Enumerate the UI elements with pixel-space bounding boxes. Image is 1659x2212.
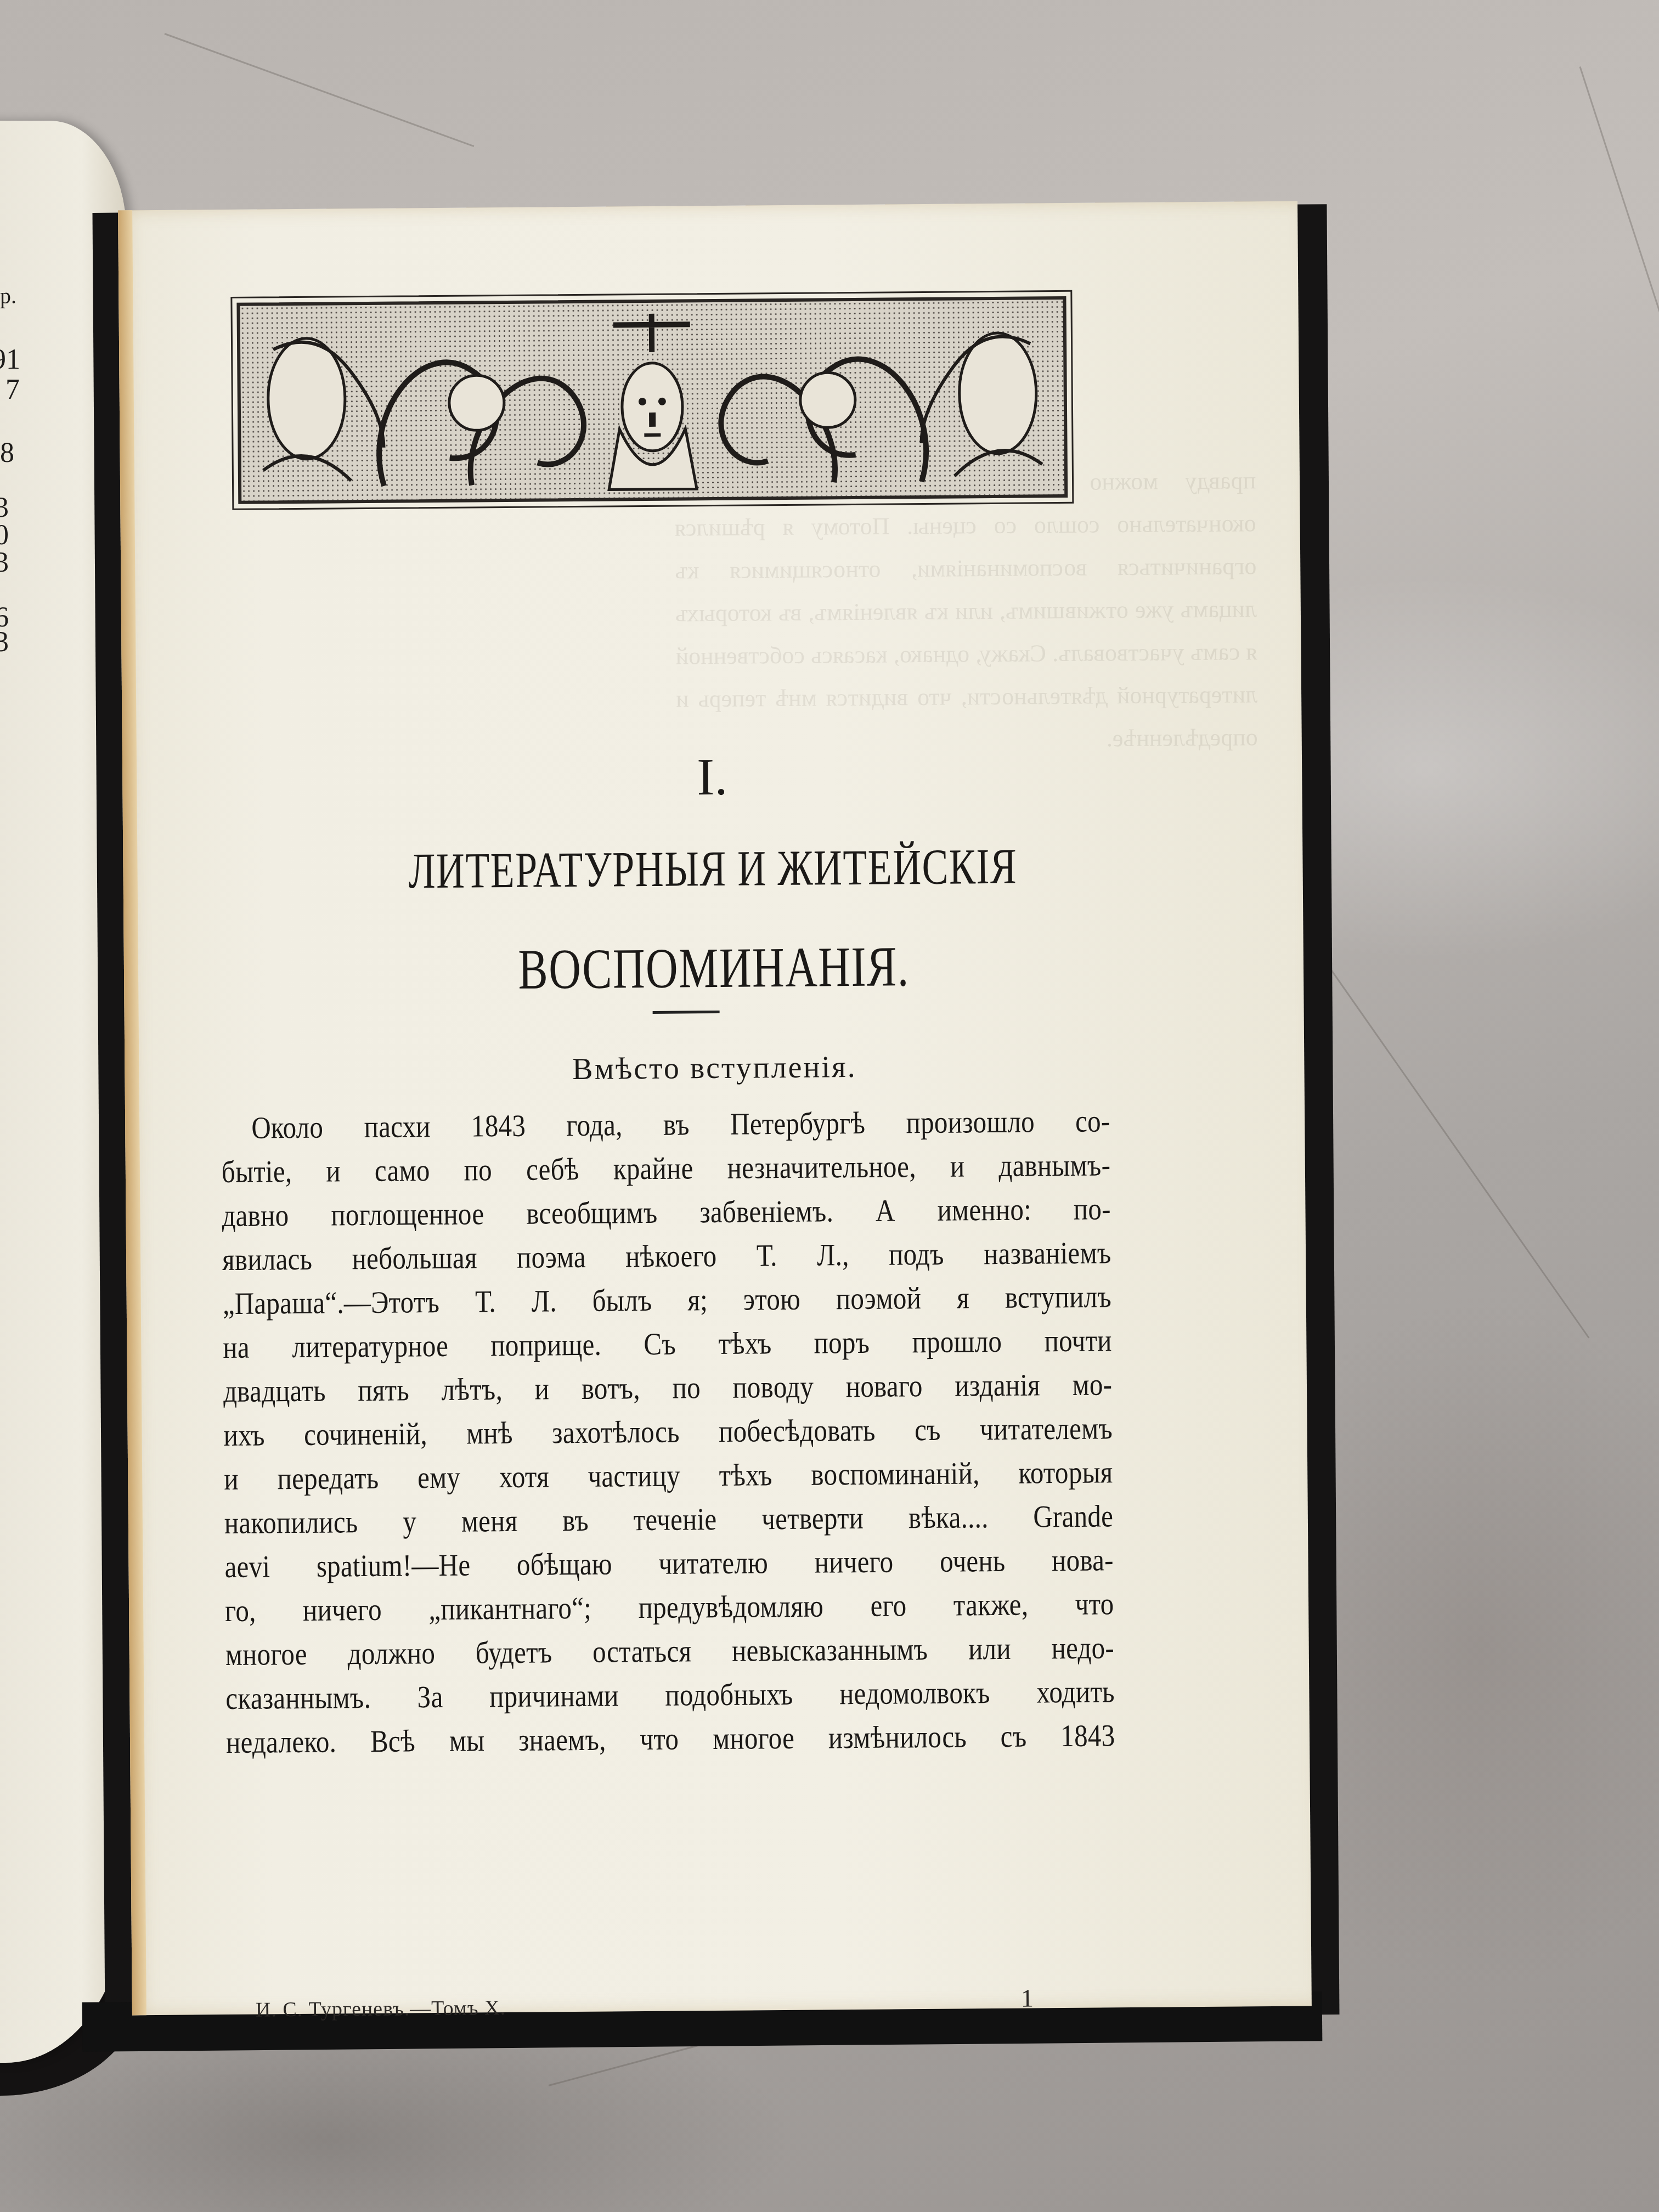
book-page: правду можно передавать только о томъ, ч…	[118, 201, 1312, 2016]
text-line: многое должно будетъ остаться невысказан…	[225, 1626, 1114, 1677]
text-line: накопились у меня въ теченіе четверти вѣ…	[224, 1494, 1114, 1545]
acanthus-scroll-icon	[240, 300, 1064, 501]
left-page-fragment: 3	[0, 628, 9, 657]
marble-vein	[1579, 66, 1659, 432]
left-page-fragment: 3	[0, 494, 9, 522]
title-divider-rule	[653, 1011, 720, 1014]
left-page-fragment: 7	[5, 376, 20, 404]
text-line: на литературное поприще. Съ тѣхъ поръ пр…	[223, 1319, 1112, 1370]
left-page-fragment: 0	[0, 521, 9, 550]
text-line: бытіе, и само по себѣ крайне незначитель…	[222, 1143, 1111, 1194]
body-paragraph: Около пасхи 1843 года, въ Петербургѣ про…	[221, 1099, 1115, 1765]
page-number: 1	[1021, 1983, 1034, 2012]
text-line: сказаннымъ. За причинами подобныхъ недом…	[225, 1670, 1115, 1721]
left-page-fragment: 91	[0, 346, 20, 374]
left-page-fragment: р.	[0, 285, 16, 307]
text-line: „Параша“.—Этотъ Т. Л. былъ я; этою поэмо…	[222, 1275, 1111, 1326]
text-line: давно поглощенное всеобщимъ забвеніемъ. …	[222, 1187, 1111, 1238]
left-page-fragment: 3	[0, 549, 9, 577]
text-line: aevi spatium!—Не обѣщаю читателю ничего …	[224, 1538, 1114, 1589]
chapter-title-line-2: ВОСПОМИНАНІЯ.	[253, 932, 1174, 1004]
section-subtitle: Вмѣсто вступленія.	[125, 1046, 1304, 1091]
text-line: и передать ему хотя частицу тѣхъ воспоми…	[224, 1451, 1113, 1502]
engraved-headpiece-ornament	[236, 296, 1068, 504]
text-line: Около пасхи 1843 года, въ Петербургѣ про…	[221, 1099, 1110, 1150]
left-page-fragment: 8	[0, 439, 14, 467]
text-line: явилась небольшая поэма нѣкоего Т. Л., п…	[222, 1231, 1111, 1282]
chapter-title-line-1: ЛИТЕРАТУРНЫЯ И ЖИТЕЙСКІЯ	[253, 836, 1173, 901]
reverse-side-showthrough: правду можно передавать только о томъ, ч…	[674, 459, 1258, 763]
marble-vein	[1305, 933, 1590, 1339]
marble-vein	[164, 33, 474, 147]
text-line: недалеко. Всѣ мы знаемъ, что многое измѣ…	[226, 1714, 1115, 1765]
text-line: ихъ сочиненій, мнѣ захотѣлось побесѣдова…	[223, 1407, 1113, 1458]
signature-mark: И. С. Тургеневъ.—Томъ X.	[256, 1996, 506, 2022]
text-line: двадцать пять лѣтъ, и вотъ, по поводу но…	[223, 1363, 1113, 1414]
text-line: го, ничего „пикантнаго“; предувѣдомляю е…	[225, 1582, 1114, 1633]
chapter-number: I.	[122, 742, 1302, 812]
